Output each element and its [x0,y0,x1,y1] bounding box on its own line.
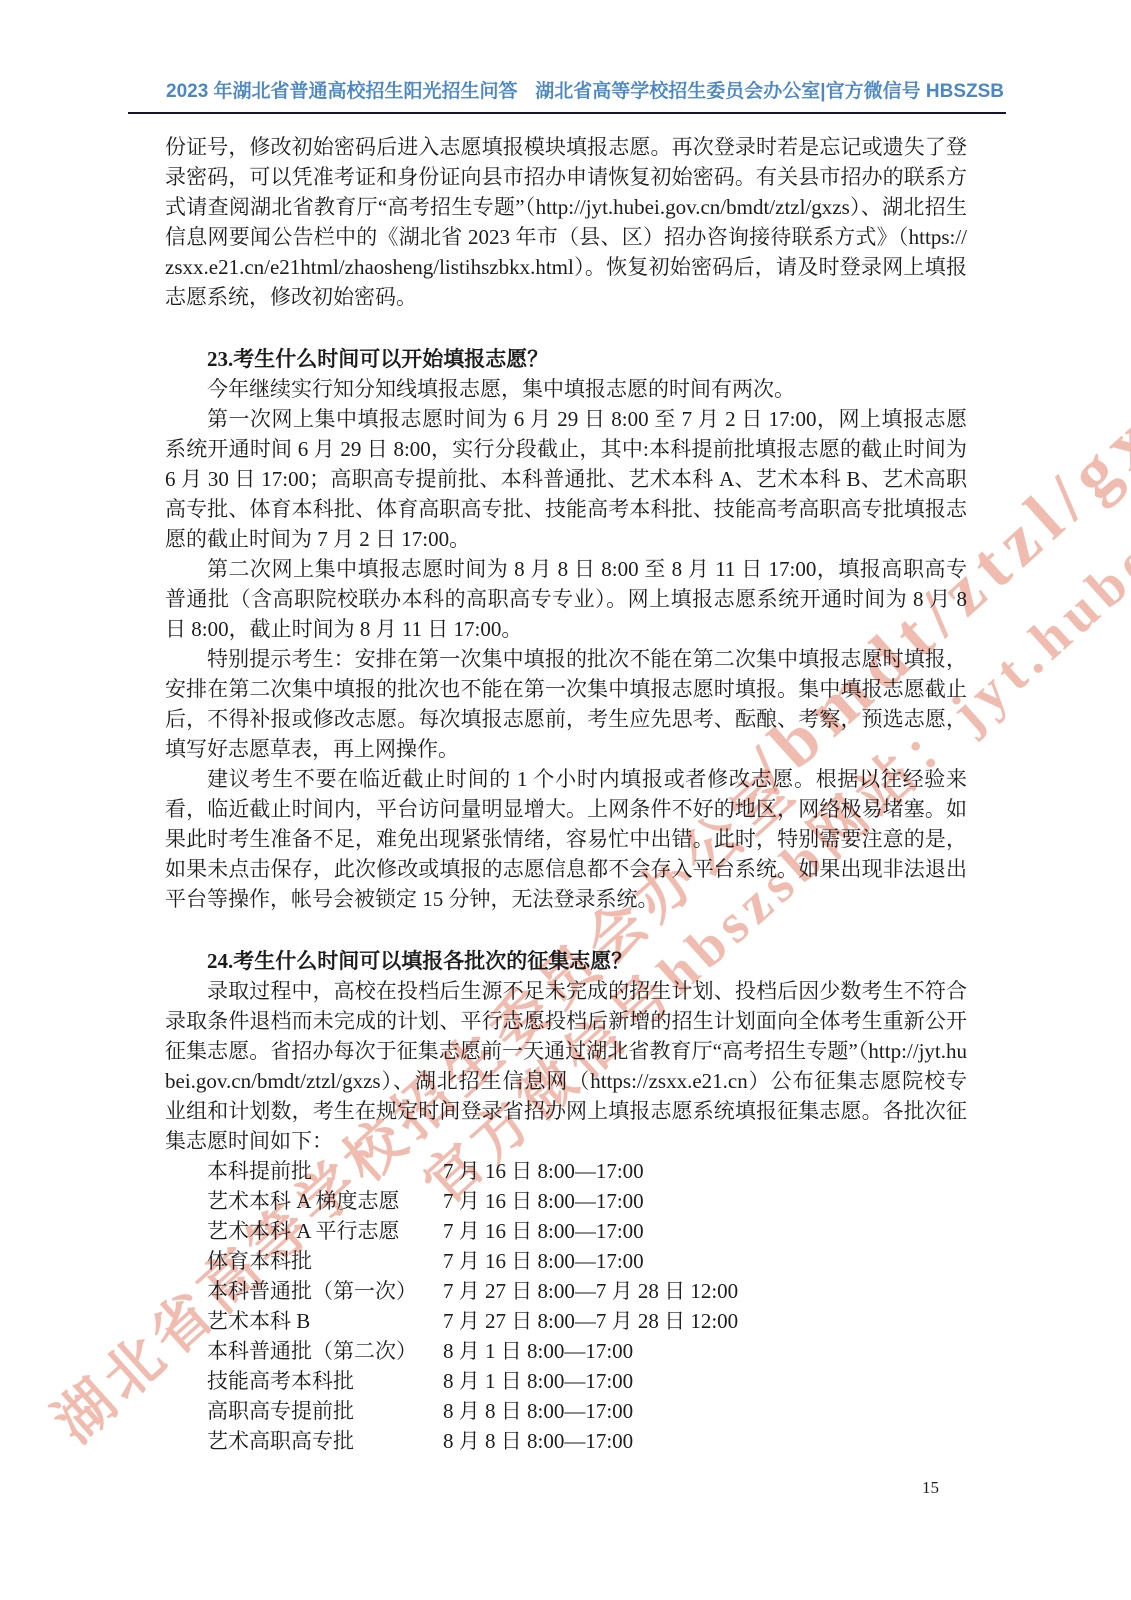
q23-para-advice: 建议考生不要在临近截止时间的 1 个小时内填报或者修改志愿。根据以往经验来看，临… [165,764,967,914]
schedule-row: 艺术本科 B 7 月 27 日 8:00—7 月 28 日 12:00 [165,1306,967,1336]
schedule-time: 7 月 27 日 8:00—7 月 28 日 12:00 [443,1276,967,1306]
document-body: 份证号，修改初始密码后进入志愿填报模块填报志愿。再次登录时若是忘记或遗失了登录密… [165,132,967,1456]
q23-para-overview: 今年继续实行知分知线填报志愿，集中填报志愿的时间有两次。 [165,374,967,404]
schedule-batch: 艺术高职高专批 [207,1426,443,1456]
header-row: 2023 年湖北省普通高校招生阳光招生问答 湖北省高等学校招生委员会办公室|官方… [128,76,1006,103]
schedule-time: 7 月 27 日 8:00—7 月 28 日 12:00 [443,1306,967,1336]
schedule-row: 艺术本科 A 平行志愿 7 月 16 日 8:00—17:00 [165,1216,967,1246]
schedule-row: 本科普通批（第一次） 7 月 27 日 8:00—7 月 28 日 12:00 [165,1276,967,1306]
q23-para-first-round: 第一次网上集中填报志愿时间为 6 月 29 日 8:00 至 7 月 2 日 1… [165,404,967,554]
schedule-batch: 高职高专提前批 [207,1396,443,1426]
schedule-time: 7 月 16 日 8:00—17:00 [443,1216,967,1246]
schedule-row: 体育本科批 7 月 16 日 8:00—17:00 [165,1246,967,1276]
header-title-right: 湖北省高等学校招生委员会办公室|官方微信号 HBSZSB [535,76,1004,103]
schedule-time: 7 月 16 日 8:00—17:00 [443,1246,967,1276]
schedule-batch: 体育本科批 [207,1246,443,1276]
schedule-batch: 本科提前批 [207,1156,443,1186]
schedule-batch: 技能高考本科批 [207,1366,443,1396]
page-header: 2023 年湖北省普通高校招生阳光招生问答 湖北省高等学校招生委员会办公室|官方… [128,76,1006,114]
schedule-row: 艺术高职高专批 8 月 8 日 8:00—17:00 [165,1426,967,1456]
schedule-table: 本科提前批 7 月 16 日 8:00—17:00 艺术本科 A 梯度志愿 7 … [165,1156,967,1456]
schedule-batch: 艺术本科 B [207,1306,443,1336]
schedule-batch: 本科普通批（第二次） [207,1336,443,1366]
q24-title: 24.考生什么时间可以填报各批次的征集志愿？ [165,946,967,976]
schedule-batch: 本科普通批（第一次） [207,1276,443,1306]
schedule-row: 本科提前批 7 月 16 日 8:00—17:00 [165,1156,967,1186]
schedule-row: 本科普通批（第二次） 8 月 1 日 8:00—17:00 [165,1336,967,1366]
schedule-row: 技能高考本科批 8 月 1 日 8:00—17:00 [165,1366,967,1396]
para-password-recovery: 份证号，修改初始密码后进入志愿填报模块填报志愿。再次登录时若是忘记或遗失了登录密… [165,132,967,312]
q23-title: 23.考生什么时间可以开始填报志愿？ [165,344,967,374]
schedule-batch: 艺术本科 A 平行志愿 [207,1216,443,1246]
schedule-time: 8 月 1 日 8:00—17:00 [443,1336,967,1366]
q23-para-special-notice: 特别提示考生：安排在第一次集中填报的批次不能在第二次集中填报志愿时填报，安排在第… [165,644,967,764]
header-title-left: 2023 年湖北省普通高校招生阳光招生问答 [166,76,518,103]
q24-para-process: 录取过程中，高校在投档后生源不足未完成的招生计划、投档后因少数考生不符合录取条件… [165,976,967,1156]
page-number: 15 [922,1478,939,1498]
schedule-time: 8 月 8 日 8:00—17:00 [443,1426,967,1456]
q23-para-second-round: 第二次网上集中填报志愿时间为 8 月 8 日 8:00 至 8 月 11 日 1… [165,554,967,644]
schedule-time: 7 月 16 日 8:00—17:00 [443,1156,967,1186]
schedule-row: 艺术本科 A 梯度志愿 7 月 16 日 8:00—17:00 [165,1186,967,1216]
schedule-time: 7 月 16 日 8:00—17:00 [443,1186,967,1216]
schedule-batch: 艺术本科 A 梯度志愿 [207,1186,443,1216]
schedule-row: 高职高专提前批 8 月 8 日 8:00—17:00 [165,1396,967,1426]
schedule-time: 8 月 8 日 8:00—17:00 [443,1396,967,1426]
schedule-time: 8 月 1 日 8:00—17:00 [443,1366,967,1396]
